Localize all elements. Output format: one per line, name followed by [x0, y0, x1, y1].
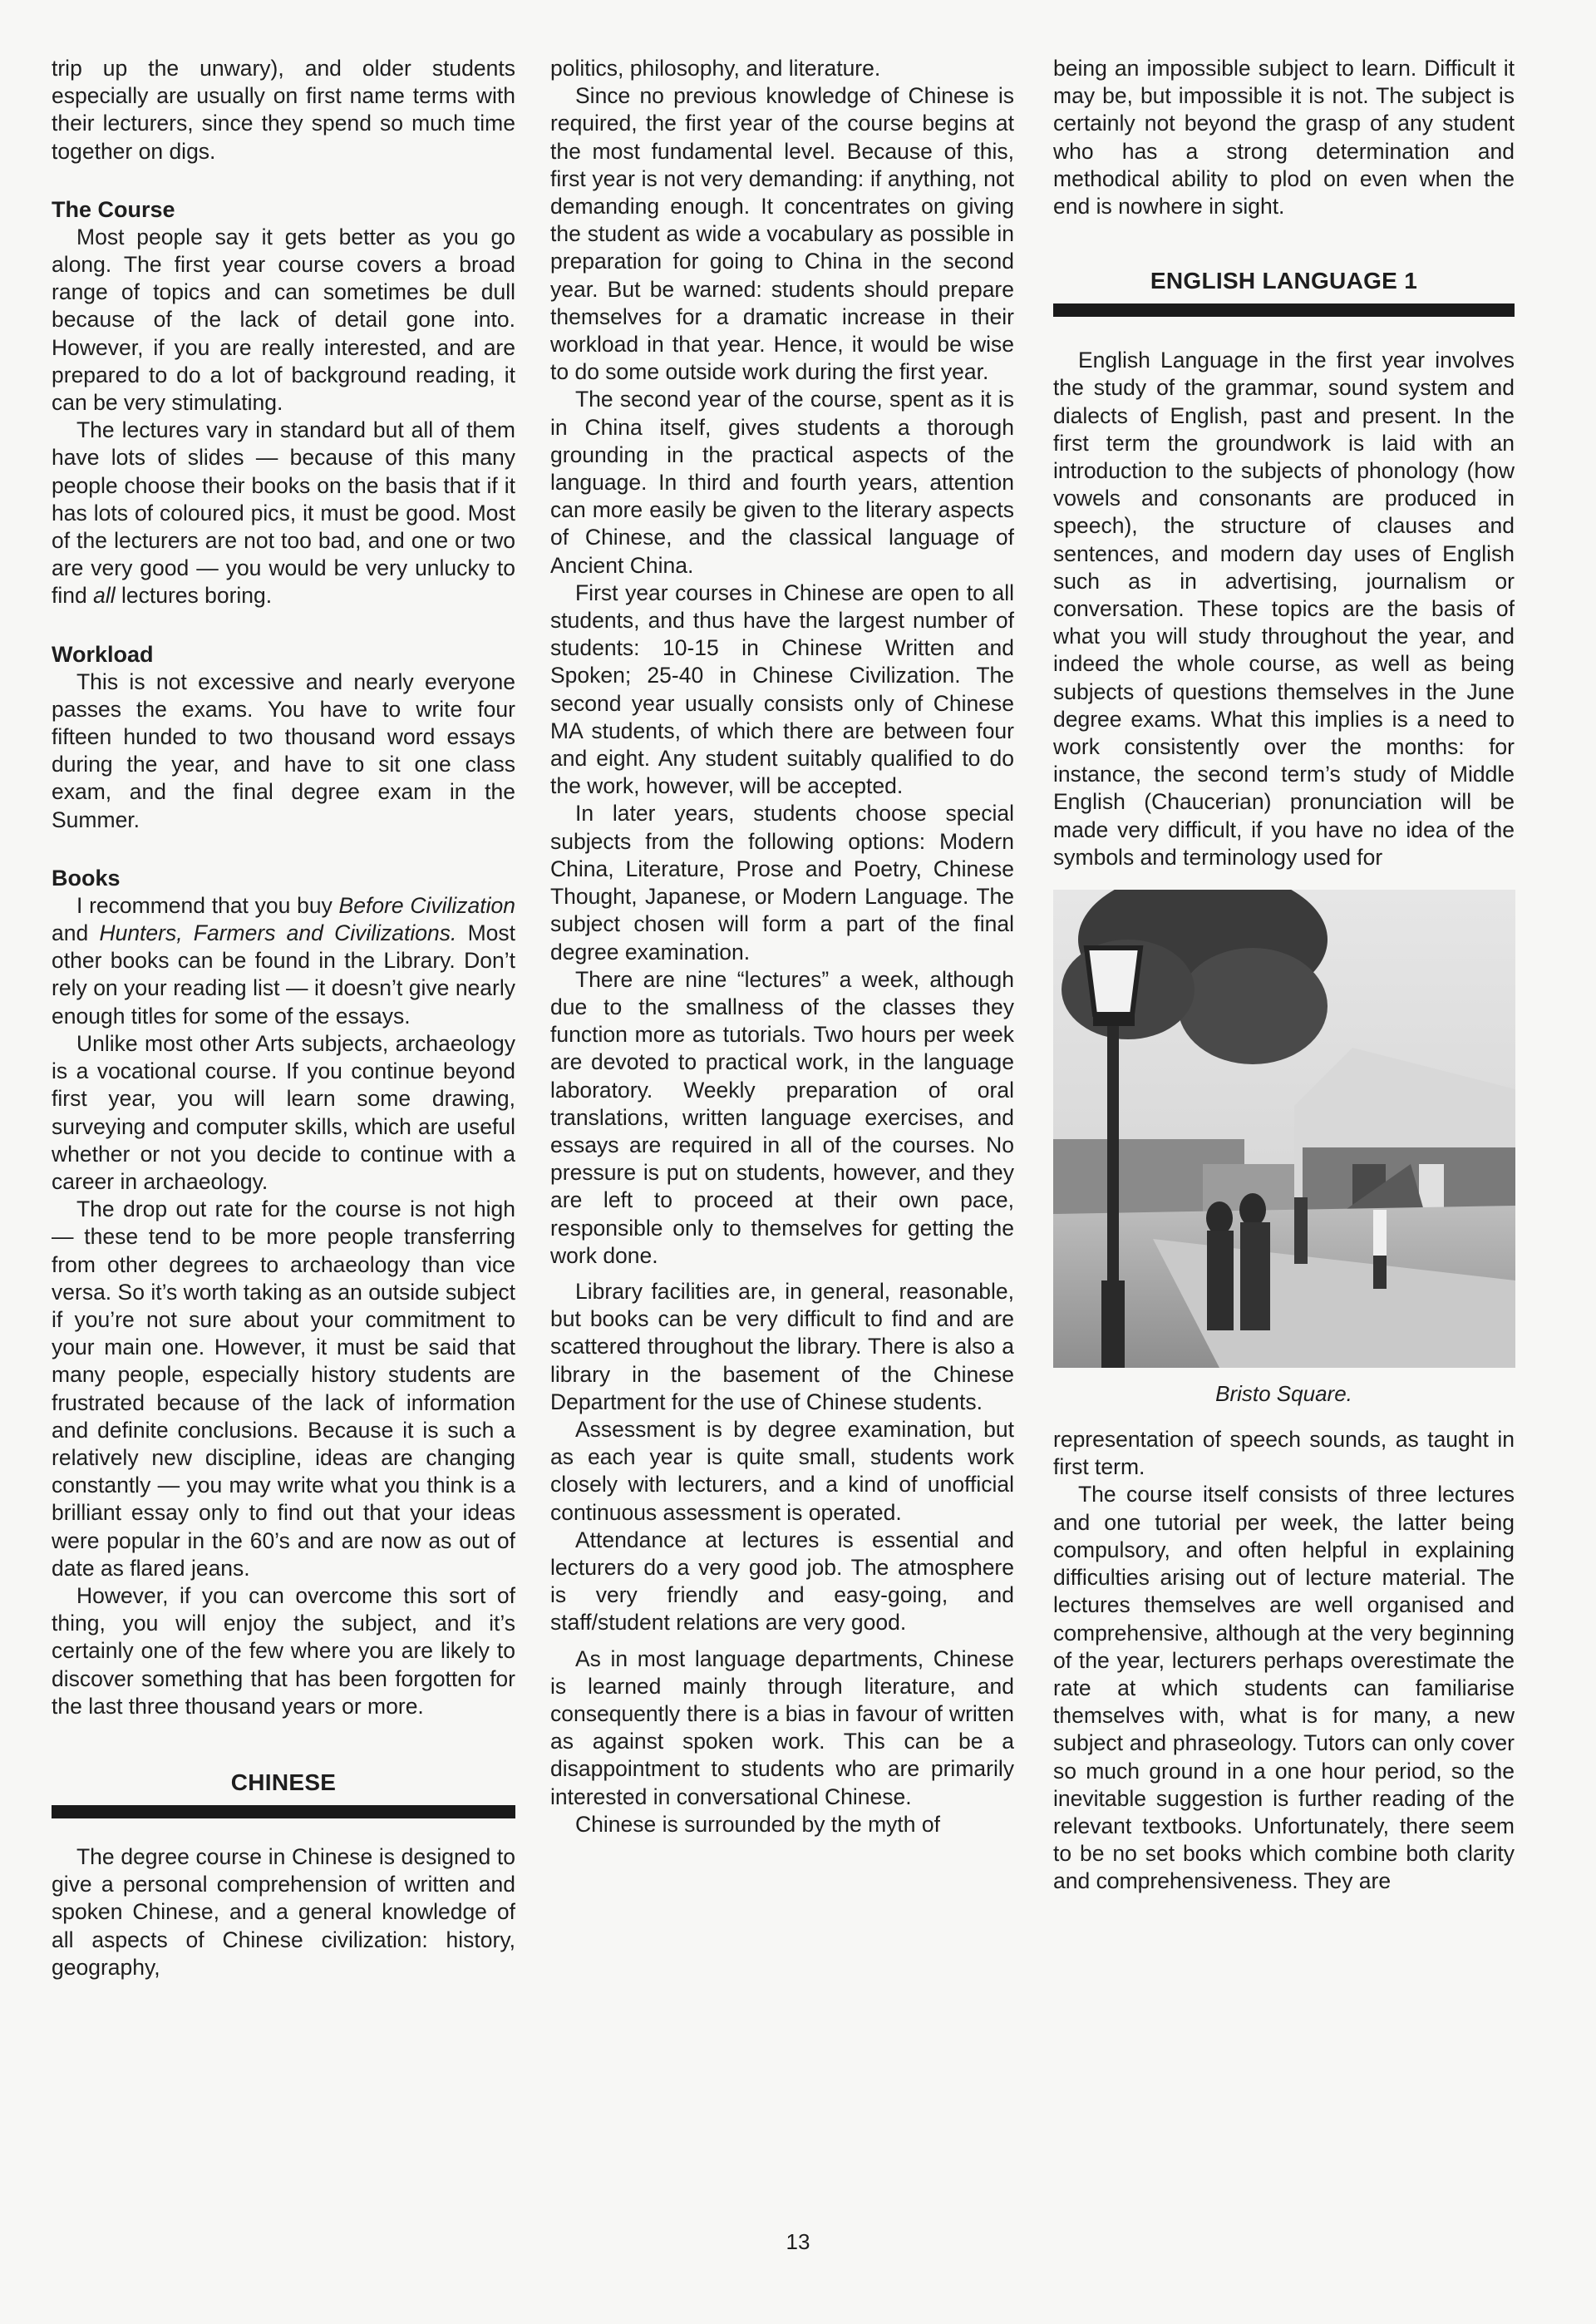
- paragraph: Attendance at lectures is essential and …: [550, 1527, 1014, 1637]
- paragraph: English Language in the first year invol…: [1053, 347, 1515, 871]
- text: and: [52, 920, 99, 945]
- section-header-english-language: ENGLISH LANGUAGE 1: [1053, 267, 1515, 317]
- paragraph: I recommend that you buy Before Civiliza…: [52, 892, 515, 1030]
- continued-paragraph: being an impossible subject to learn. Di…: [1053, 55, 1515, 220]
- paragraph: As in most language departments, Chinese…: [550, 1646, 1014, 1811]
- continued-paragraph: politics, philosophy, and literature.: [550, 55, 1014, 82]
- subheading-the-course: The Course: [52, 195, 515, 224]
- section-rule: [52, 1805, 515, 1818]
- paragraph: In later years, students choose special …: [550, 800, 1014, 965]
- paragraph: However, if you can overcome this sort o…: [52, 1582, 515, 1720]
- section-title: CHINESE: [52, 1769, 515, 1797]
- paragraph: Unlike most other Arts subjects, archaeo…: [52, 1030, 515, 1196]
- paragraph: Assessment is by degree examination, but…: [550, 1416, 1014, 1527]
- section-title: ENGLISH LANGUAGE 1: [1053, 267, 1515, 295]
- photo-image: [1053, 890, 1515, 1368]
- paragraph: First year courses in Chinese are open t…: [550, 580, 1014, 801]
- paragraph: This is not excessive and nearly everyon…: [52, 669, 515, 834]
- subheading-workload: Workload: [52, 640, 515, 669]
- bristo-square-photo: [1053, 890, 1515, 1368]
- book-title: Hunters, Farmers and Civilizations.: [99, 920, 456, 945]
- emphasis: all: [93, 583, 116, 608]
- magazine-page: trip up the unwary), and older students …: [0, 0, 1596, 2324]
- paragraph: Most people say it gets better as you go…: [52, 224, 515, 417]
- column-2: politics, philosophy, and literature. Si…: [550, 55, 1014, 1838]
- paragraph: Since no previous knowledge of Chinese i…: [550, 82, 1014, 386]
- paragraph: Chinese is surrounded by the myth of: [550, 1811, 1014, 1838]
- photo-caption: Bristo Square.: [1053, 1379, 1515, 1408]
- paragraph: The lectures vary in standard but all of…: [52, 417, 515, 609]
- paragraph: The course itself consists of three lect…: [1053, 1481, 1515, 1895]
- section-rule: [1053, 303, 1515, 317]
- paragraph: There are nine “lectures” a week, althou…: [550, 966, 1014, 1270]
- paragraph: The drop out rate for the course is not …: [52, 1196, 515, 1582]
- text: The lectures vary in standard but all of…: [52, 417, 515, 608]
- paragraph: representation of speech sounds, as taug…: [1053, 1426, 1515, 1481]
- subheading-books: Books: [52, 864, 515, 892]
- page-number: 13: [0, 2229, 1596, 2255]
- column-1: trip up the unwary), and older students …: [52, 55, 515, 1981]
- text: I recommend that you buy: [76, 893, 339, 918]
- paragraph: Library facilities are, in general, reas…: [550, 1278, 1014, 1416]
- continued-paragraph: trip up the unwary), and older students …: [52, 55, 515, 165]
- section-header-chinese: CHINESE: [52, 1769, 515, 1818]
- column-3: being an impossible subject to learn. Di…: [1053, 55, 1515, 1896]
- book-title: Before Civilization: [339, 893, 515, 918]
- paragraph: The degree course in Chinese is designed…: [52, 1843, 515, 1981]
- text: lectures boring.: [116, 583, 273, 608]
- paragraph: The second year of the course, spent as …: [550, 386, 1014, 579]
